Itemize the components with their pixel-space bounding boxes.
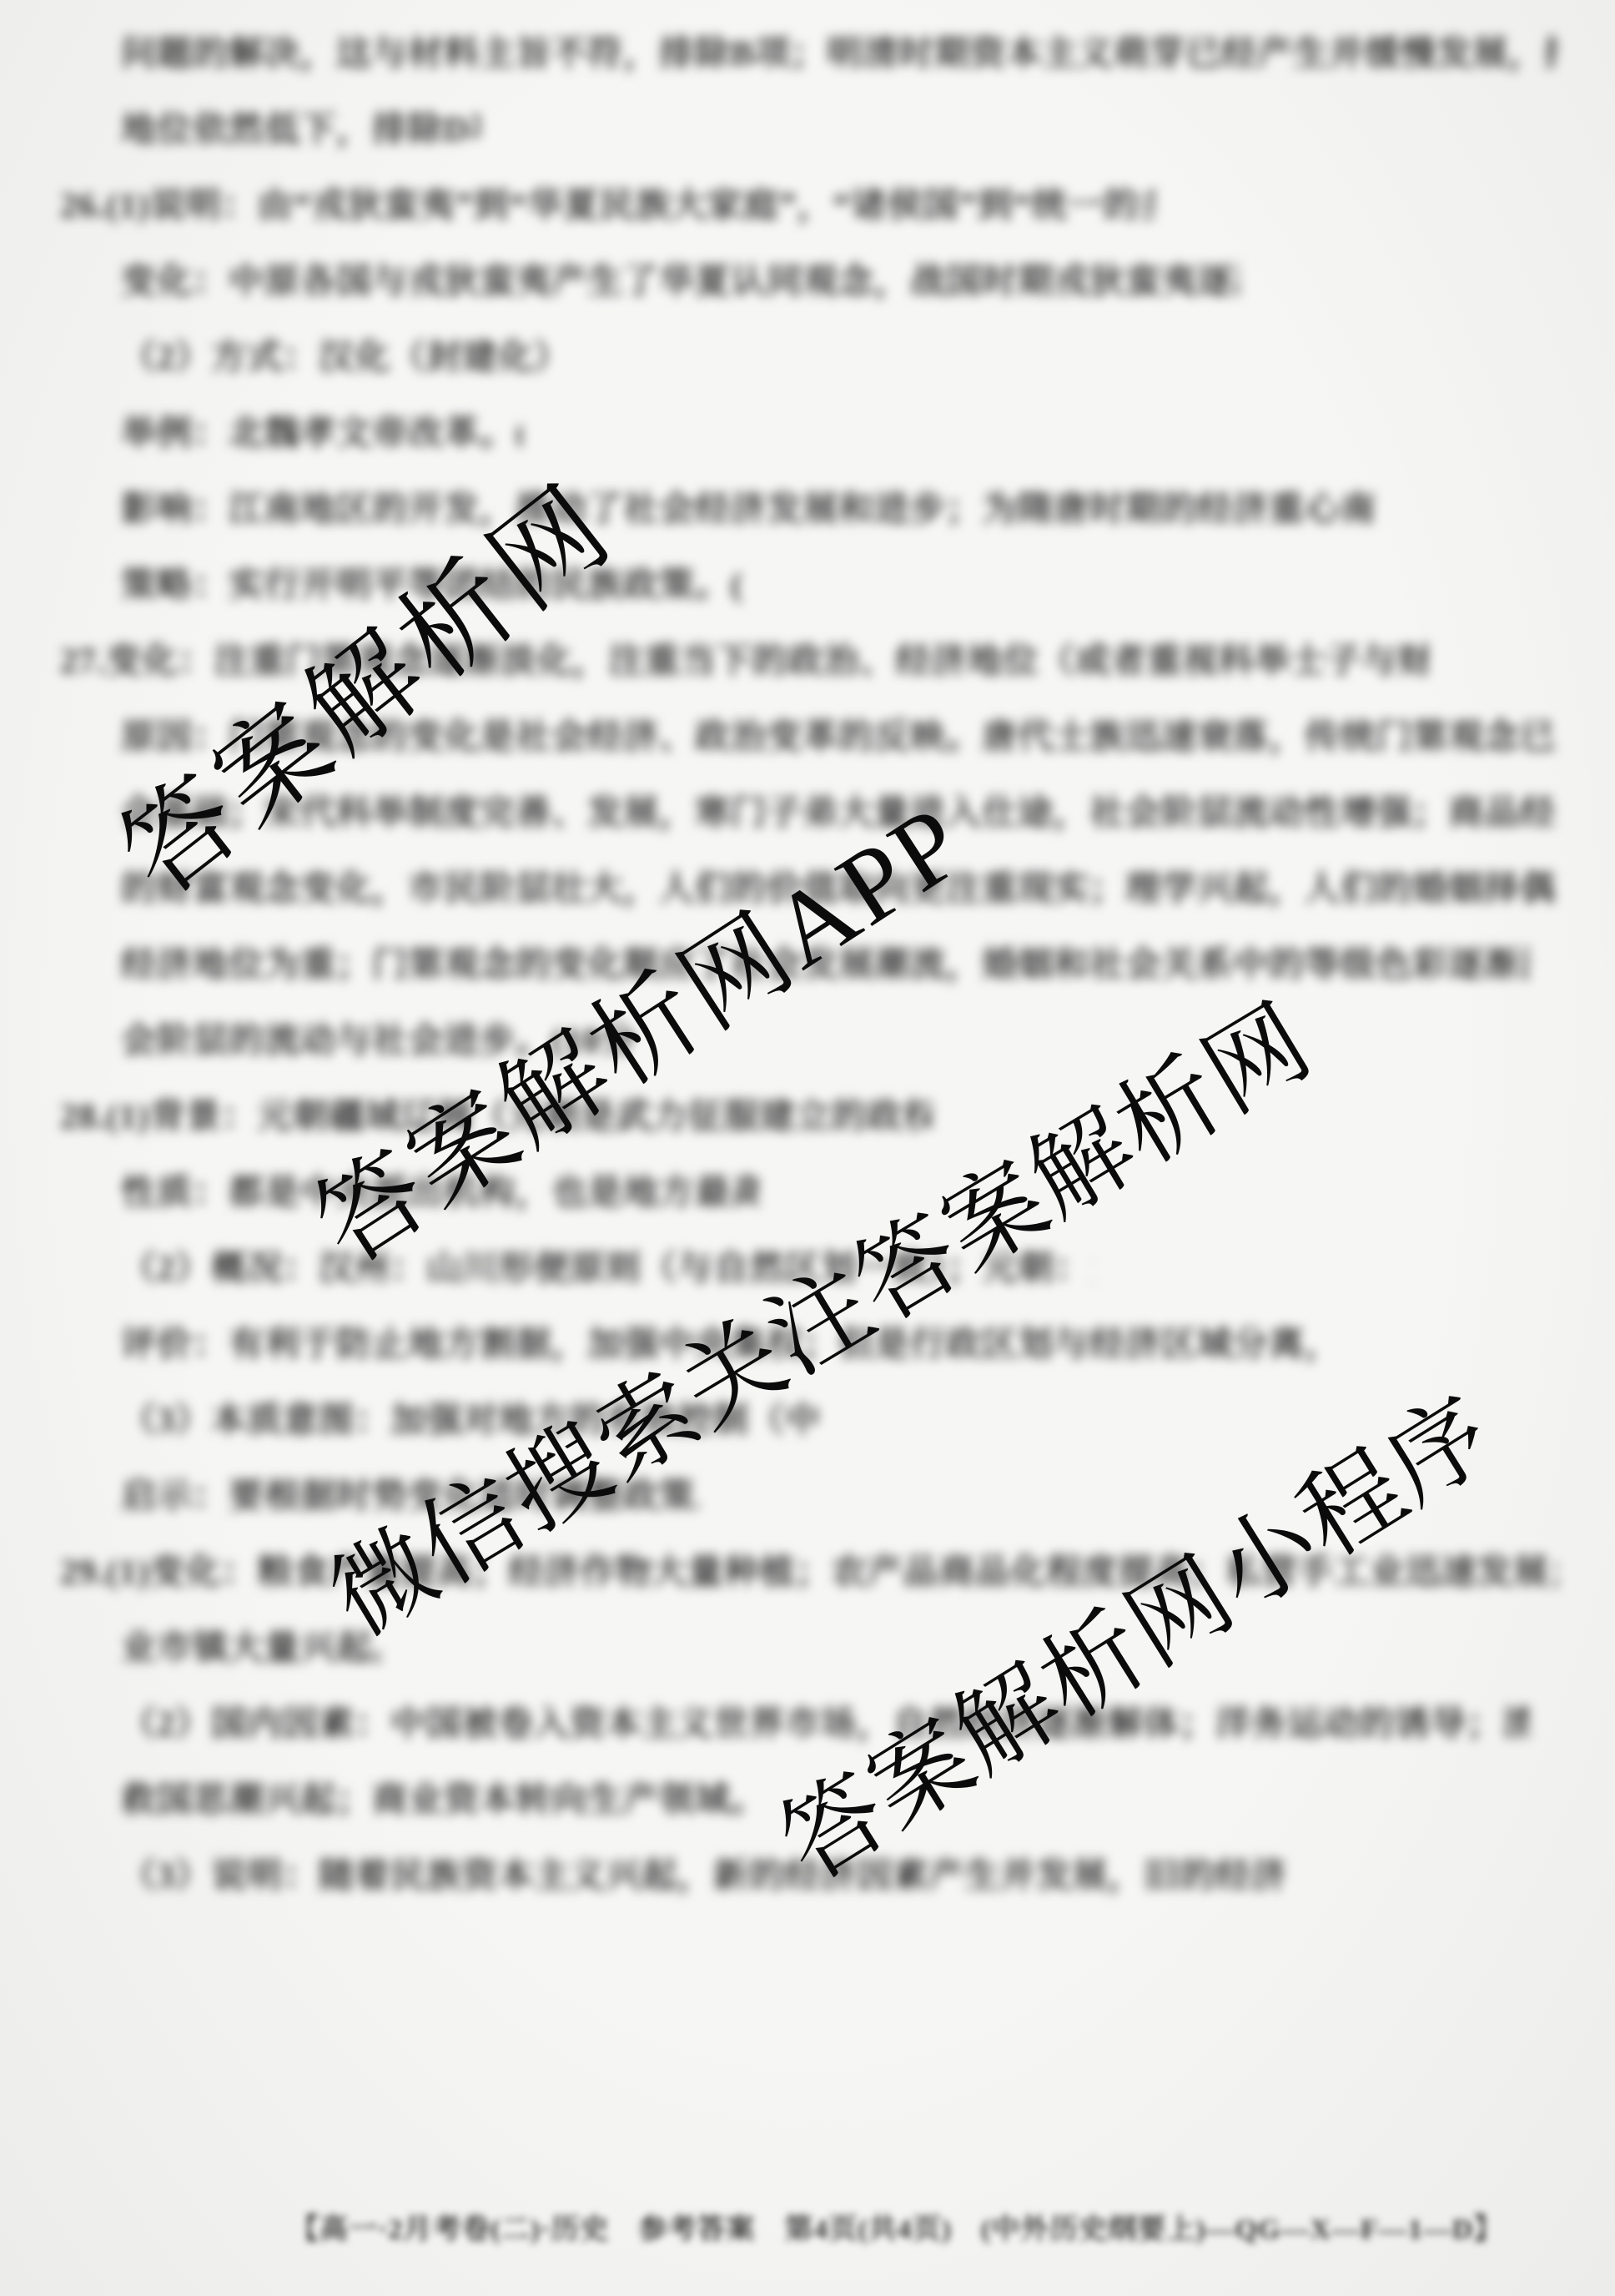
page-footer: 【高一·2月考卷(二)·历史 参考答案 第4页(共4页) (中外历史纲要上)—Q… bbox=[290, 2211, 1341, 2249]
answer-line-5: （2）方式：汉化（封建化）。(1分) bbox=[121, 334, 551, 384]
answer-line-1: 问题的解决，这与材料主旨不符，排除B项；明清时期资本主义萌芽已经产生并缓慢发展，… bbox=[121, 30, 1557, 80]
answer-line-25: （3）说明：随着民族资本主义兴起，新的经济因素产生并发展，旧的经济结构逐渐走向瓦… bbox=[121, 1852, 1285, 1902]
answer-line-7: 影响：江南地区的开发，推动了社会经济发展和进步；为隋唐时期的经济重心南移奠定基础… bbox=[121, 486, 1376, 536]
answer-line-6: 举例：北魏孝文帝改革。(1分) bbox=[121, 410, 521, 460]
answer-line-4: 变化：中原各国与戎狄蛮夷产生了华夏认同观念，战国时期戎狄蛮夷逐渐融入华夏族。(2… bbox=[121, 258, 1239, 308]
answer-line-2: 地位依然低下，排除D项。 bbox=[121, 106, 480, 156]
watermark-4: 答案解析网小程序 bbox=[750, 1354, 1517, 1907]
answer-line-3: 26.(1)说明：由“戎狄蛮夷”到“华夏民族大家庭”，“诸侯国”到“统一的多民族… bbox=[60, 182, 1155, 232]
answer-line-22: 业市镇大量兴起。(6分) bbox=[121, 1624, 381, 1674]
exam-answer-sheet-page: 问题的解决，这与材料主旨不符，排除B项；明清时期资本主义萌芽已经产生并缓慢发展，… bbox=[0, 0, 1615, 2296]
answer-line-24: 救国思潮兴起；商业资本转向生产领域。(6分) bbox=[121, 1776, 762, 1826]
